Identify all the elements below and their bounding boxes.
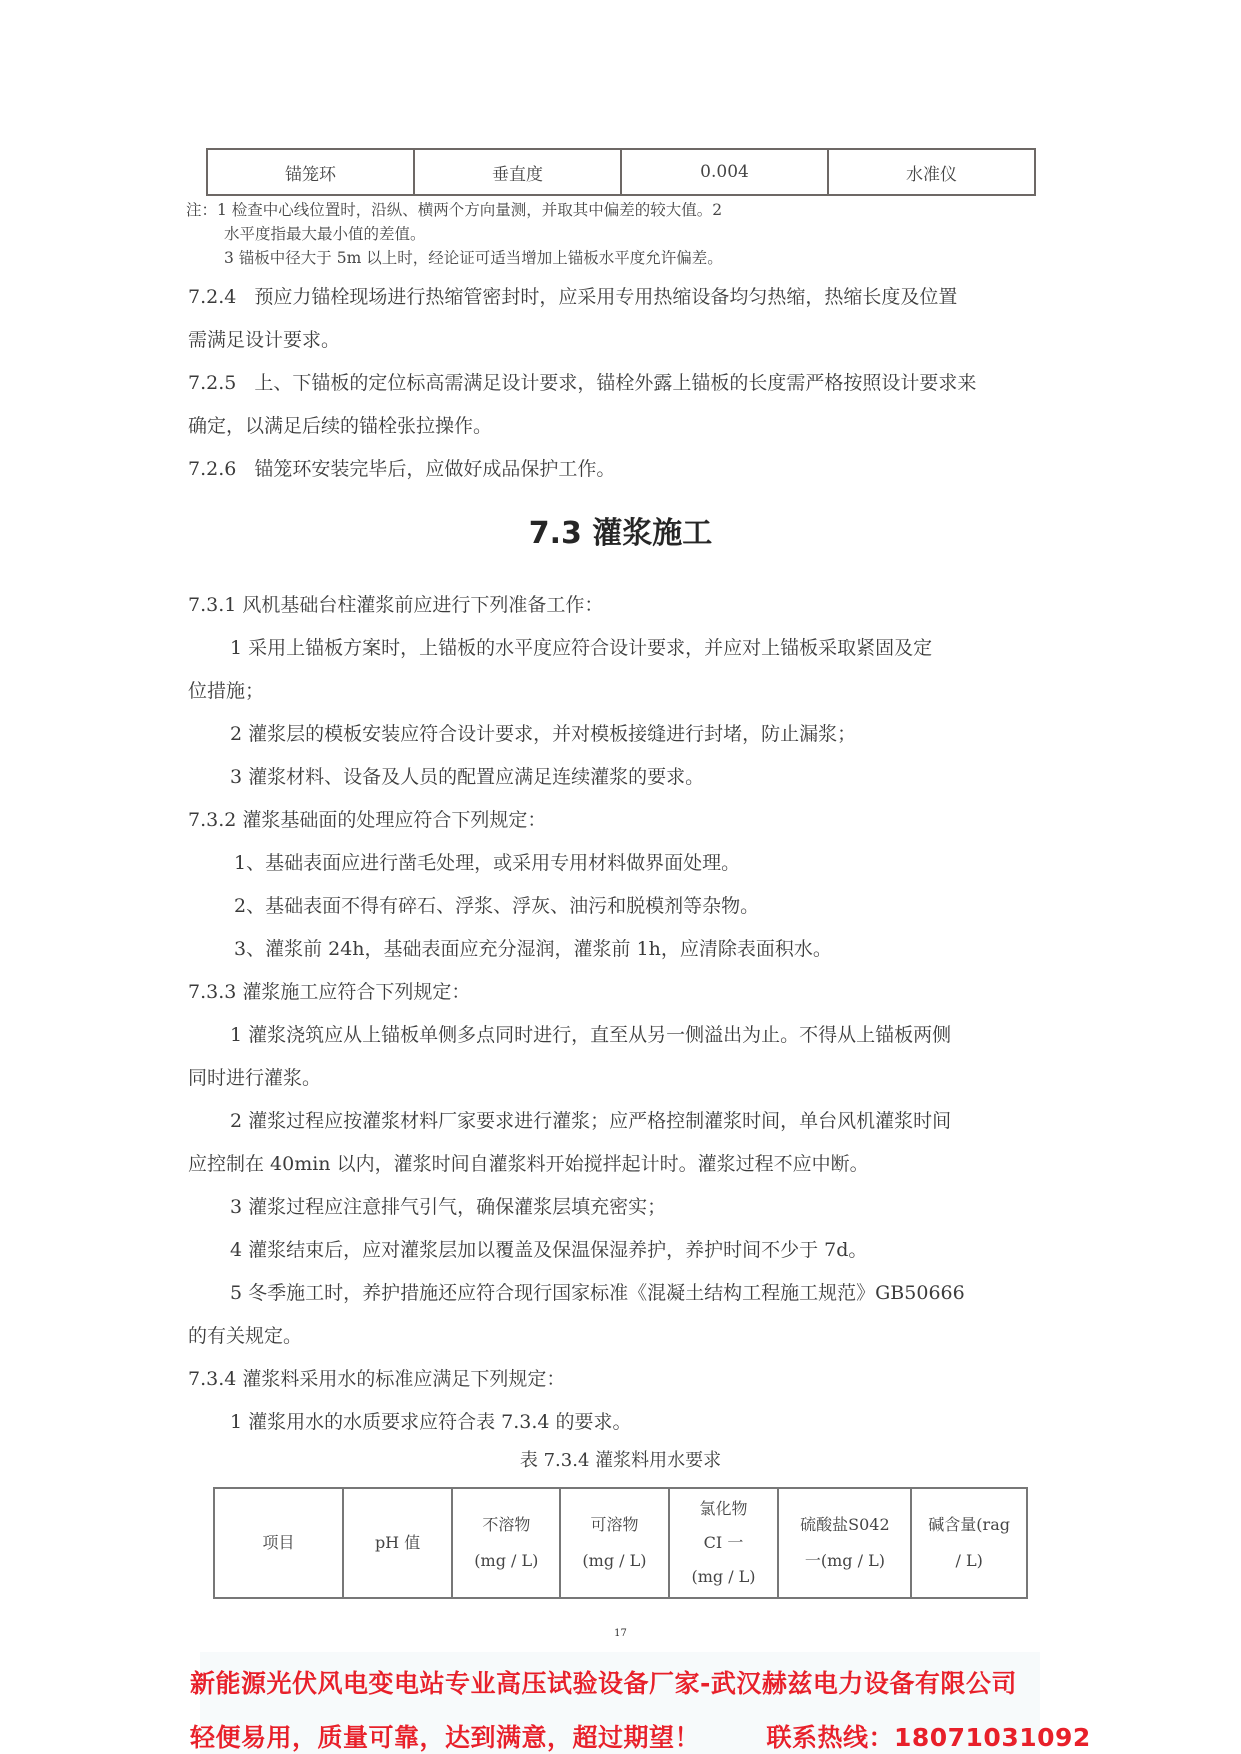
table-cell-component: 锚笼环 bbox=[207, 149, 414, 195]
table-cell-instrument: 水准仪 bbox=[828, 149, 1035, 195]
clause-7-3-3-item2-cont: 应控制在 40min 以内，灌浆时间自灌浆料开始搅拌起计时。灌浆过程不应中断。 bbox=[188, 1143, 1048, 1186]
header-sulfate: 硫酸盐S042 一(mg / L) bbox=[778, 1488, 911, 1598]
clause-7-3-4-title: 7.3.4 灌浆料采用水的标准应满足下列规定： bbox=[188, 1358, 1048, 1401]
clause-7-2-5-cont: 确定，以满足后续的锚栓张拉操作。 bbox=[188, 405, 1048, 448]
header-soluble: 可溶物 (mg / L) bbox=[560, 1488, 668, 1598]
advert-banner-contact: 轻便易用，质量可靠，达到满意，超过期望！ 联系热线：18071031092 bbox=[190, 1718, 1050, 1754]
clause-7-3-3-item3: 3 灌浆过程应注意排气引气，确保灌浆层填充密实； bbox=[230, 1186, 1090, 1229]
clause-7-3-2-title: 7.3.2 灌浆基础面的处理应符合下列规定： bbox=[188, 799, 1048, 842]
clause-7-2-6: 7.2.6锚笼环安装完毕后，应做好成品保护工作。 bbox=[188, 448, 1048, 491]
clause-7-2-4: 7.2.4预应力锚栓现场进行热缩管密封时，应采用专用热缩设备均匀热缩，热缩长度及… bbox=[188, 276, 1048, 319]
clause-number: 7.2.6 bbox=[188, 448, 236, 491]
clause-7-3-2-item2: 2、基础表面不得有碎石、浮浆、浮灰、油污和脱模剂等杂物。 bbox=[234, 885, 1094, 928]
advert-slogan: 轻便易用，质量可靠，达到满意，超过期望！ bbox=[190, 1723, 700, 1752]
table-caption: 表 7.3.4 灌浆料用水要求 bbox=[0, 1446, 1241, 1472]
clause-7-3-3-item1-cont: 同时进行灌浆。 bbox=[188, 1057, 1048, 1100]
page-number: 17 bbox=[0, 1628, 1241, 1639]
clause-7-3-2-item1: 1、基础表面应进行凿毛处理，或采用专用材料做界面处理。 bbox=[234, 842, 1094, 885]
tolerance-table: 锚笼环 垂直度 0.004 水准仪 bbox=[206, 148, 1036, 196]
clause-text: 预应力锚栓现场进行热缩管密封时，应采用专用热缩设备均匀热缩，热缩长度及位置 bbox=[254, 286, 957, 308]
header-alkali: 碱含量(rag / L) bbox=[911, 1488, 1027, 1598]
clause-7-2-4-cont: 需满足设计要求。 bbox=[188, 319, 1048, 362]
clause-7-3-3-item5: 5 冬季施工时，养护措施还应符合现行国家标准《混凝土结构工程施工规范》GB506… bbox=[230, 1272, 1090, 1315]
header-insoluble: 不溶物 (mg / L) bbox=[452, 1488, 560, 1598]
clause-7-3-3-title: 7.3.3 灌浆施工应符合下列规定： bbox=[188, 971, 1048, 1014]
water-requirements-table: 项目 pH 值 不溶物 (mg / L) 可溶物 (mg / L) 氯化物 CI… bbox=[213, 1487, 1028, 1599]
clause-7-3-1-item1: 1 采用上锚板方案时，上锚板的水平度应符合设计要求，并应对上锚板采取紧固及定 bbox=[230, 627, 1090, 670]
clause-7-3-3-item5-cont: 的有关规定。 bbox=[188, 1315, 1048, 1358]
clause-number: 7.2.5 bbox=[188, 362, 236, 405]
clause-number: 7.2.4 bbox=[188, 276, 236, 319]
clause-text: 锚笼环安装完毕后，应做好成品保护工作。 bbox=[254, 458, 615, 480]
advert-hotline: 联系热线：18071031092 bbox=[766, 1723, 1090, 1752]
header-ph: pH 值 bbox=[343, 1488, 452, 1598]
advert-banner-company: 新能源光伏风电变电站专业高压试验设备厂家-武汉赫兹电力设备有限公司 bbox=[190, 1664, 1050, 1700]
clause-7-3-3-item4: 4 灌浆结束后，应对灌浆层加以覆盖及保温保湿养护，养护时间不少于 7d。 bbox=[230, 1229, 1090, 1272]
clause-7-2-5: 7.2.5上、下锚板的定位标高需满足设计要求，锚栓外露上锚板的长度需严格按照设计… bbox=[188, 362, 1048, 405]
table-note-line1: 注：1 检查中心线位置时，沿纵、横两个方向量测，并取其中偏差的较大值。2 bbox=[186, 198, 722, 222]
table-cell-item: 垂直度 bbox=[414, 149, 621, 195]
clause-7-3-1-title: 7.3.1 风机基础台柱灌浆前应进行下列准备工作： bbox=[188, 584, 1048, 627]
clause-7-3-2-item3: 3、灌浆前 24h，基础表面应充分湿润，灌浆前 1h，应清除表面积水。 bbox=[234, 928, 1094, 971]
clause-7-3-3-item1: 1 灌浆浇筑应从上锚板单侧多点同时进行，直至从另一侧溢出为止。不得从上锚板两侧 bbox=[230, 1014, 1090, 1057]
table-note-line3: 3 锚板中径大于 5m 以上时，经论证可适当增加上锚板水平度允许偏差。 bbox=[224, 246, 723, 270]
clause-7-3-1-item3: 3 灌浆材料、设备及人员的配置应满足连续灌浆的要求。 bbox=[230, 756, 1090, 799]
table-header-row: 项目 pH 值 不溶物 (mg / L) 可溶物 (mg / L) 氯化物 CI… bbox=[214, 1488, 1027, 1598]
clause-7-3-1-item2: 2 灌浆层的模板安装应符合设计要求，并对模板接缝进行封堵，防止漏浆； bbox=[230, 713, 1090, 756]
section-heading: 7.3 灌浆施工 bbox=[0, 508, 1241, 552]
header-chloride: 氯化物 CI 一 (mg / L) bbox=[669, 1488, 779, 1598]
clause-7-3-4-item1: 1 灌浆用水的水质要求应符合表 7.3.4 的要求。 bbox=[230, 1401, 1090, 1444]
clause-7-3-3-item2: 2 灌浆过程应按灌浆材料厂家要求进行灌浆；应严格控制灌浆时间，单台风机灌浆时间 bbox=[230, 1100, 1090, 1143]
table-cell-tolerance: 0.004 bbox=[621, 149, 828, 195]
clause-7-3-1-item1-cont: 位措施； bbox=[188, 670, 1048, 713]
header-item: 项目 bbox=[214, 1488, 343, 1598]
table-note-line2: 水平度指最大最小值的差值。 bbox=[224, 222, 426, 246]
clause-text: 上、下锚板的定位标高需满足设计要求，锚栓外露上锚板的长度需严格按照设计要求来 bbox=[254, 372, 976, 394]
table-row: 锚笼环 垂直度 0.004 水准仪 bbox=[207, 149, 1035, 195]
